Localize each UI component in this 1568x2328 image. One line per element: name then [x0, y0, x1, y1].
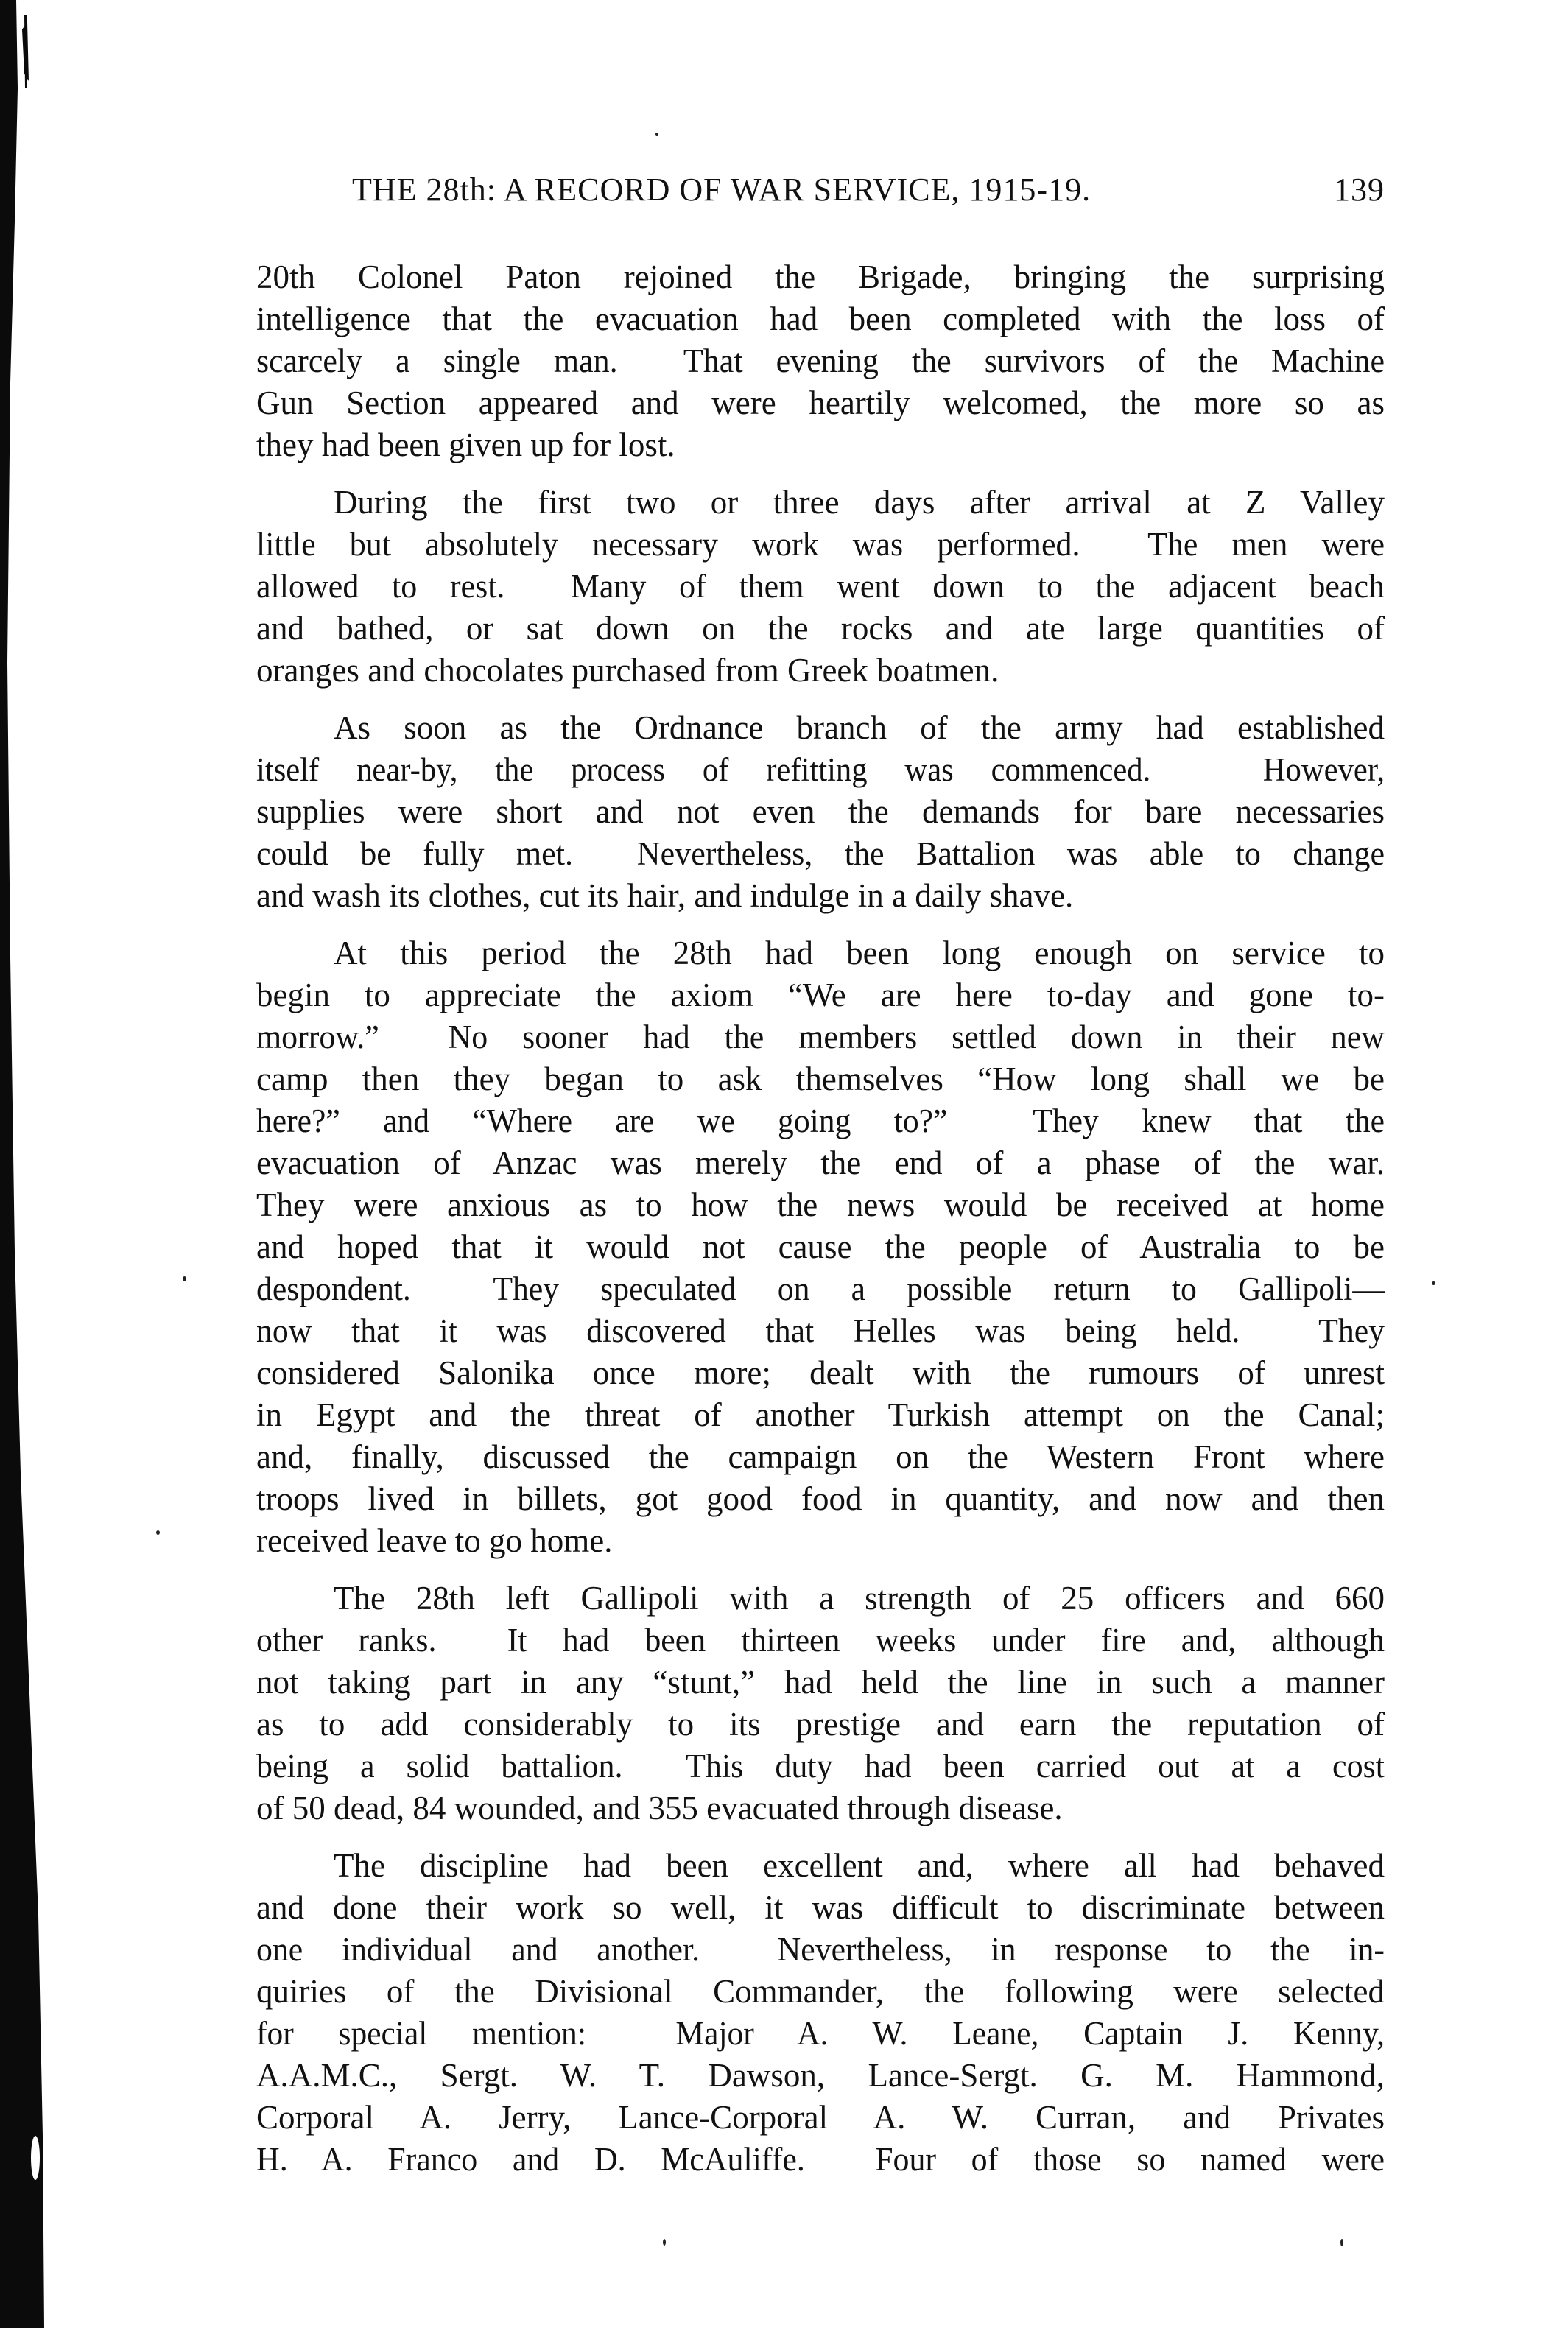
text-line: considered Salonika once more; dealt wit… [256, 1352, 1385, 1394]
text-line: in Egypt and the threat of another Turki… [256, 1394, 1385, 1436]
text-line: itself near-by, the process of refitting… [256, 749, 1385, 791]
text-line: The 28th left Gallipoli with a strength … [256, 1578, 1385, 1620]
text-line: scarcely a single man. That evening the … [256, 340, 1385, 382]
text-line: being a solid battalion. This duty had b… [256, 1745, 1385, 1787]
text-line: A.A.M.C., Sergt. W. T. Dawson, Lance-Ser… [256, 2055, 1385, 2097]
text-line: here?” and “Where are we going to?” They… [256, 1100, 1385, 1142]
text-line: troops lived in billets, got good food i… [256, 1478, 1385, 1520]
text-line: other ranks. It had been thirteen weeks … [256, 1620, 1385, 1661]
text-line: As soon as the Ordnance branch of the ar… [256, 707, 1385, 749]
text-line: intelligence that the evacuation had bee… [256, 298, 1385, 340]
paragraph: At this period the 28th had been long en… [256, 932, 1385, 1562]
scan-speck [183, 1276, 186, 1281]
text-line: received leave to go home. [256, 1520, 1385, 1562]
text-line: and wash its clothes, cut its hair, and … [256, 875, 1385, 917]
text-line: camp then they began to ask themselves “… [256, 1058, 1385, 1100]
page-number: 139 [1334, 171, 1385, 208]
text-line: begin to appreciate the axiom “We are he… [256, 974, 1385, 1016]
text-line: as to add considerably to its prestige a… [256, 1703, 1385, 1745]
text-line: evacuation of Anzac was merely the end o… [256, 1142, 1385, 1184]
text-line: 20th Colonel Paton rejoined the Brigade,… [256, 256, 1385, 298]
text-line: and bathed, or sat down on the rocks and… [256, 608, 1385, 650]
paragraph: 20th Colonel Paton rejoined the Brigade,… [256, 256, 1385, 466]
paragraph: The discipline had been excellent and, w… [256, 1845, 1385, 2181]
text-line: quiries of the Divisional Commander, the… [256, 1971, 1385, 2013]
text-line: and done their work so well, it was diff… [256, 1887, 1385, 1929]
text-line: not taking part in any “stunt,” had held… [256, 1661, 1385, 1703]
scan-speck [1432, 1281, 1435, 1285]
text-line: and, finally, discussed the campaign on … [256, 1436, 1385, 1478]
body-text: 20th Colonel Paton rejoined the Brigade,… [256, 256, 1385, 2196]
text-line: little but absolutely necessary work was… [256, 524, 1385, 566]
scan-speck [156, 1530, 160, 1535]
text-line: supplies were short and not even the dem… [256, 791, 1385, 833]
text-line: During the first two or three days after… [256, 482, 1385, 524]
text-line: They were anxious as to how the news wou… [256, 1184, 1385, 1226]
scan-speck [1340, 2239, 1343, 2246]
text-line: oranges and chocolates purchased from Gr… [256, 650, 1385, 692]
text-line: The discipline had been excellent and, w… [256, 1845, 1385, 1887]
text-line: morrow.” No sooner had the members settl… [256, 1016, 1385, 1058]
text-line: H. A. Franco and D. McAuliffe. Four of t… [256, 2139, 1385, 2181]
text-line: one individual and another. Nevertheless… [256, 1929, 1385, 1971]
text-line: of 50 dead, 84 wounded, and 355 evacuate… [256, 1787, 1385, 1829]
scan-speck [655, 133, 658, 136]
text-line: allowed to rest. Many of them went down … [256, 566, 1385, 608]
text-line: now that it was discovered that Helles w… [256, 1310, 1385, 1352]
text-line: for special mention: Major A. W. Leane, … [256, 2013, 1385, 2055]
text-line: they had been given up for lost. [256, 424, 1385, 466]
running-head-title: THE 28th: A RECORD OF WAR SERVICE, 1915-… [352, 171, 1091, 208]
text-line: Gun Section appeared and were heartily w… [256, 382, 1385, 424]
scan-binding-shadow [0, 0, 52, 2328]
text-line: despondent. They speculated on a possibl… [256, 1268, 1385, 1310]
text-line: could be fully met. Nevertheless, the Ba… [256, 833, 1385, 875]
text-line: Corporal A. Jerry, Lance-Corporal A. W. … [256, 2097, 1385, 2139]
paragraph: During the first two or three days after… [256, 482, 1385, 692]
text-line: At this period the 28th had been long en… [256, 932, 1385, 974]
paragraph: The 28th left Gallipoli with a strength … [256, 1578, 1385, 1829]
paragraph: As soon as the Ordnance branch of the ar… [256, 707, 1385, 917]
text-line: and hoped that it would not cause the pe… [256, 1226, 1385, 1268]
scan-speck [663, 2239, 666, 2246]
running-head: THE 28th: A RECORD OF WAR SERVICE, 1915-… [352, 171, 1385, 215]
